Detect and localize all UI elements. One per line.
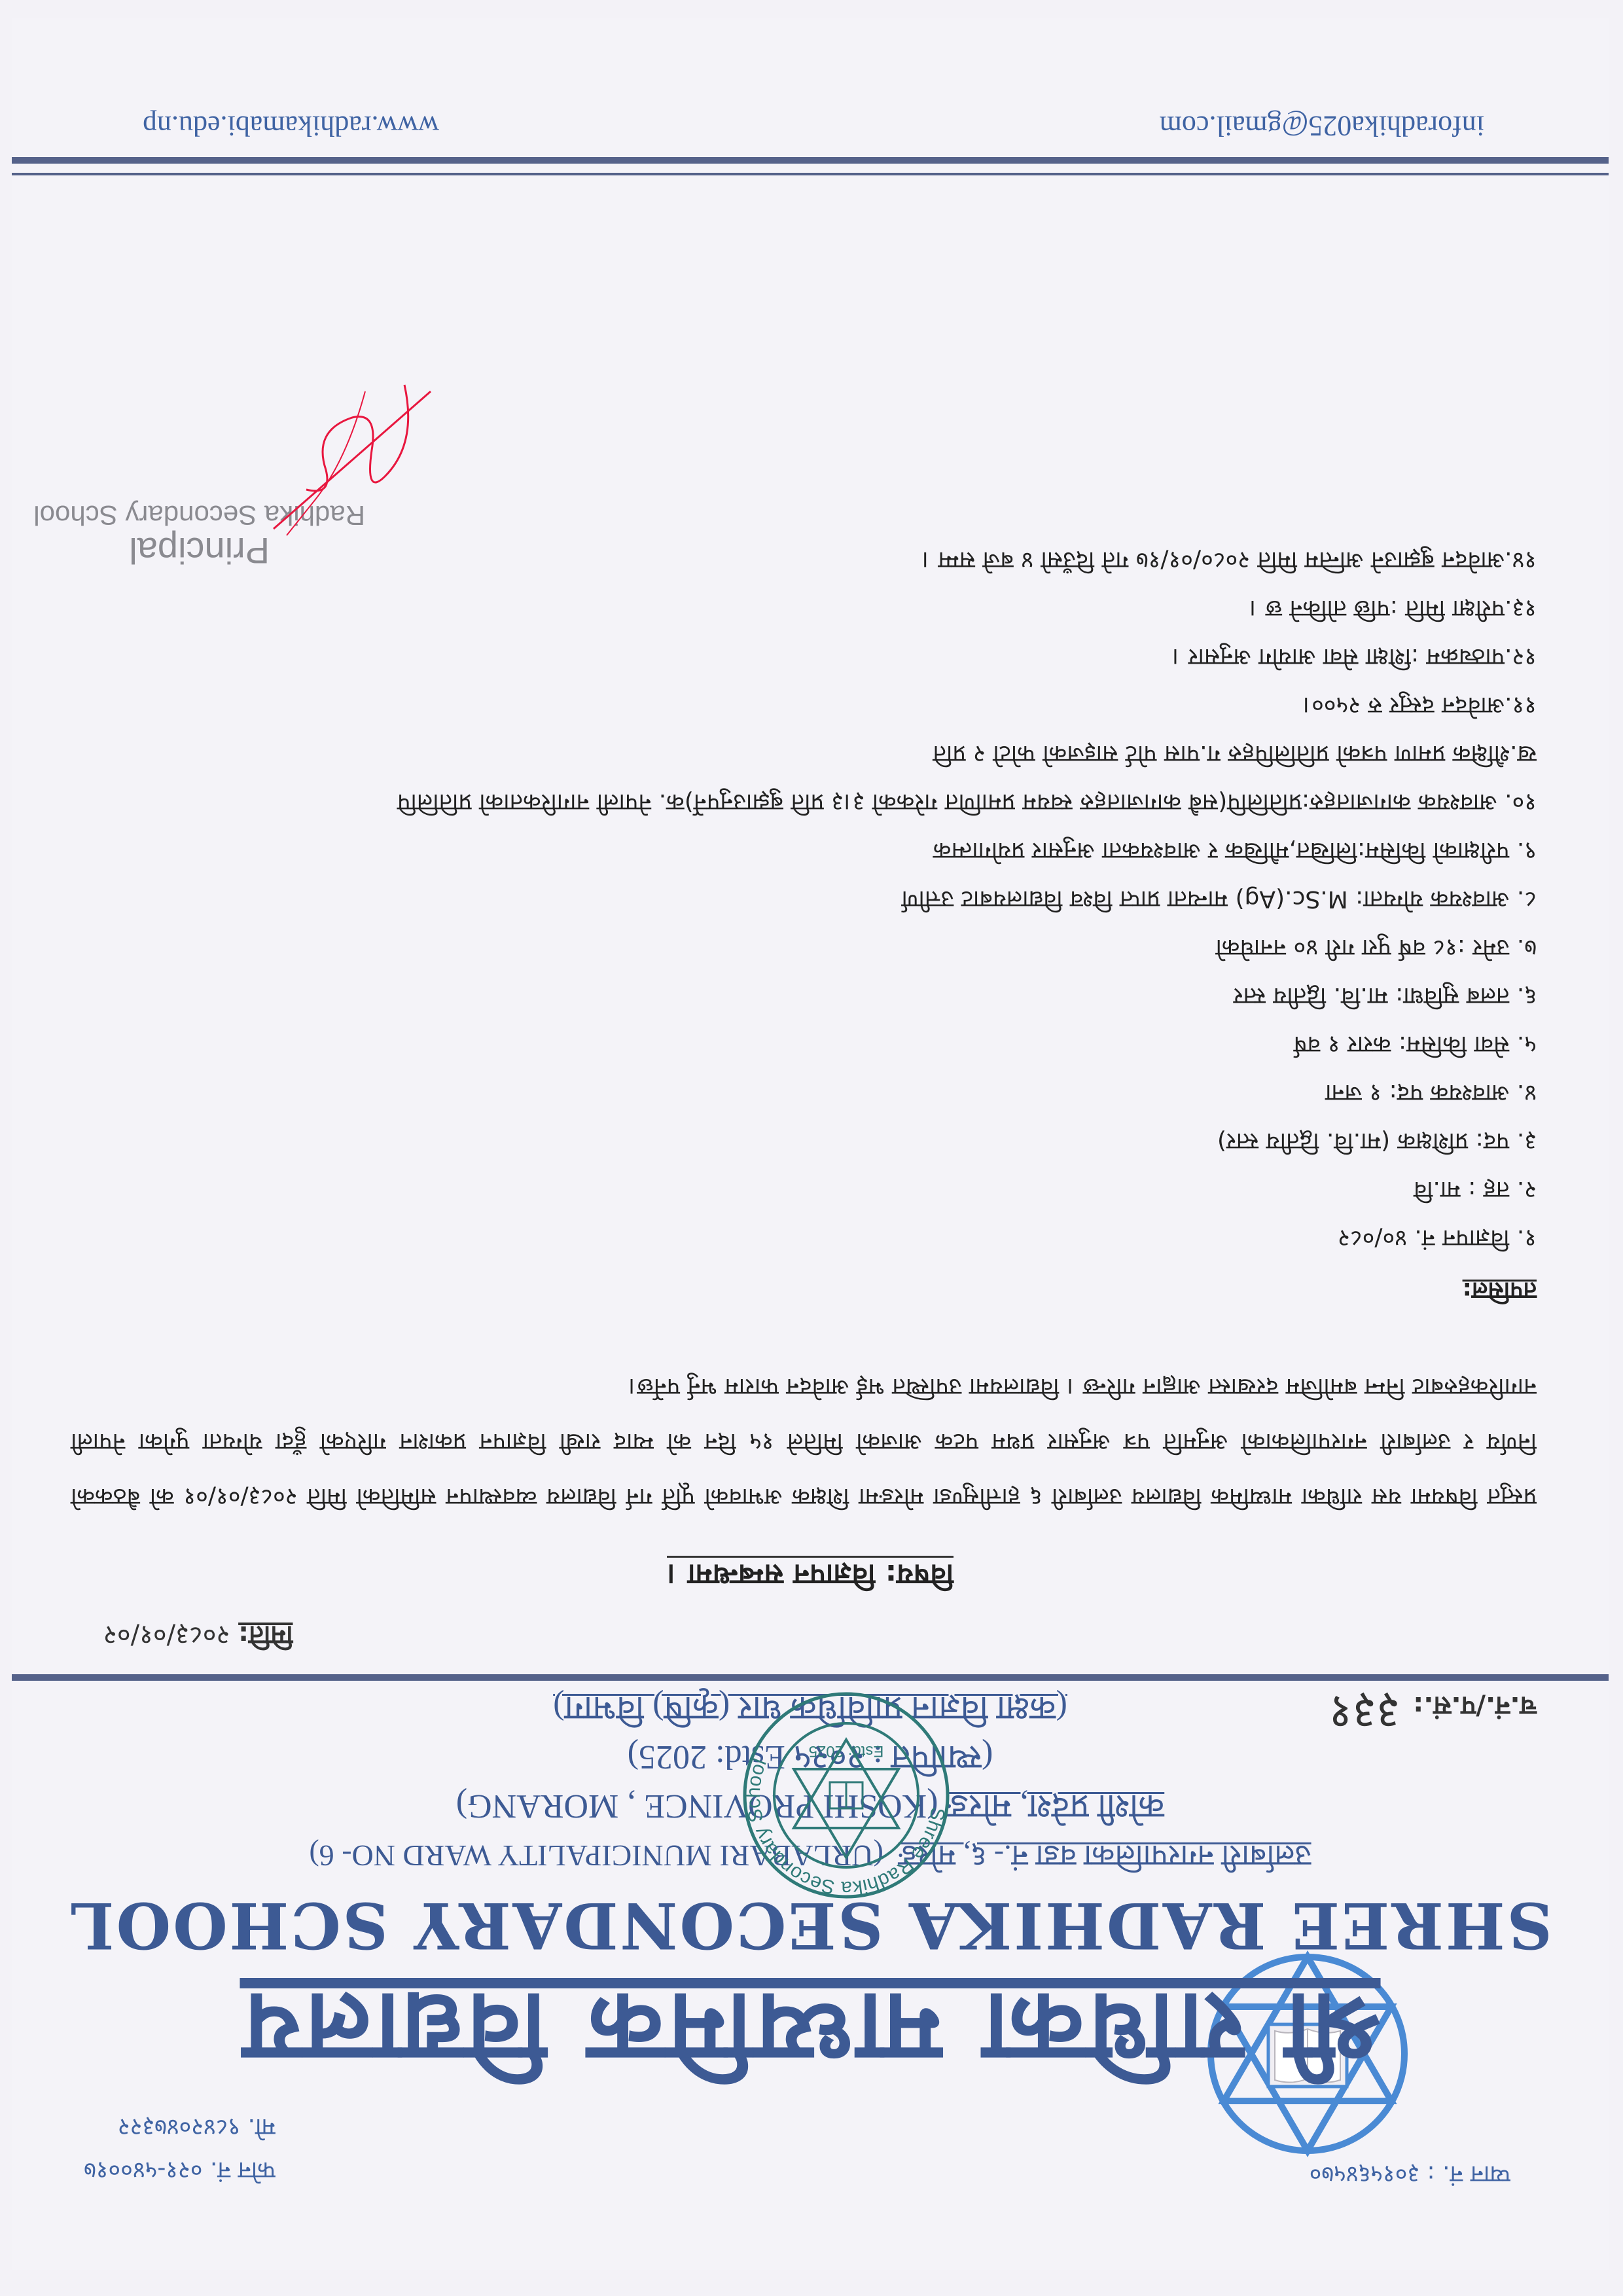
header-divider bbox=[12, 1674, 1609, 1681]
list-item: ७. उमेर :१८ वर्ष पुरा गरी ४० ननाघेको bbox=[71, 923, 1537, 971]
phone-number: फोन नं. ०२१-५४००१७ bbox=[84, 2148, 276, 2191]
list-item: ८. आवश्यक योग्यता: M.Sc.(Ag) मान्यता प्र… bbox=[71, 874, 1537, 923]
list-item: १. विज्ञापन नं. ४०/०८२ bbox=[71, 1213, 1537, 1262]
list-item: १२.पाठ्यक्रम :शिक्षा सेवा आयोग अनुसार । bbox=[71, 632, 1537, 681]
school-stamp-icon: Shree Radhika Secondary School Estd: 202… bbox=[738, 1687, 954, 1903]
school-name-nepali: श्री राधिका माध्यमिक विद्यालय bbox=[12, 1966, 1609, 2100]
svg-text:Estd: 2025: Estd: 2025 bbox=[809, 1742, 884, 1760]
list-item: ३. पद: प्रशिक्षक (मा.वि. द्वितीय स्तर) bbox=[71, 1117, 1537, 1165]
letter-date: मिति: २०८३/०१/०२ bbox=[103, 1619, 293, 1655]
contact-numbers: फोन नं. ०२१-५४००१७ मो. ९८४२०४७३२२ bbox=[84, 2105, 276, 2191]
list-item: ११.आवेदन दस्तुर रु २५००। bbox=[71, 681, 1537, 729]
mobile-number: मो. ९८४२०४७३२२ bbox=[84, 2105, 276, 2148]
letter-subject: विषय: विज्ञापन सम्बन्धमा । bbox=[12, 1556, 1609, 1596]
footer-email: inforadhika025@gmail.com bbox=[1160, 109, 1484, 143]
list-item: ९. परीक्षाको किसिम:लिखित,मौखिक र आवश्यकत… bbox=[71, 826, 1537, 874]
list-item: १०. आवश्यक कागजातहरु:प्रतिलिपि(सबै कागजा… bbox=[71, 778, 1537, 826]
signature-icon bbox=[247, 372, 444, 542]
pan-number: प्यान नं. : ३०१५६४५७० bbox=[1310, 2159, 1510, 2191]
footer-divider-thin bbox=[12, 173, 1609, 175]
list-item: ६. तलब सुविधा: मा.वि. द्वितीय स्तर bbox=[71, 971, 1537, 1020]
requirements-list: १. विज्ञापन नं. ४०/०८२ २. तह : मा.वि ३. … bbox=[71, 535, 1537, 1262]
letterhead-sheet: प्यान नं. : ३०१५६४५७० फोन नं. ०२१-५४००१७… bbox=[12, 18, 1609, 2270]
reference-number: च.नं./प.सं.:३३१ bbox=[1329, 1683, 1537, 1746]
list-item: ख.शैक्षिक प्रमाण पत्रको प्रतिलिपिहरु ग.प… bbox=[71, 729, 1537, 778]
list-title: तपसिल: bbox=[1463, 1276, 1537, 1308]
list-item: १३.परीक्षा मिति :पछि तोकिने छ । bbox=[71, 584, 1537, 632]
list-item: ४. आवश्यक पद: १ जना bbox=[71, 1068, 1537, 1117]
body-paragraph: प्रस्तुत विषयमा यस राधिका माध्यमिक विद्य… bbox=[71, 1359, 1537, 1524]
footer-divider-thick bbox=[12, 157, 1609, 164]
footer-website: www.radhikamabi.edu.np bbox=[143, 109, 439, 143]
list-item: २. तह : मा.वि bbox=[71, 1165, 1537, 1213]
document-page: प्यान नं. : ३०१५६४५७० फोन नं. ०२१-५४००१७… bbox=[0, 0, 1623, 2296]
list-item: ५. सेवा किसिम: करार १ वर्ष bbox=[71, 1020, 1537, 1068]
